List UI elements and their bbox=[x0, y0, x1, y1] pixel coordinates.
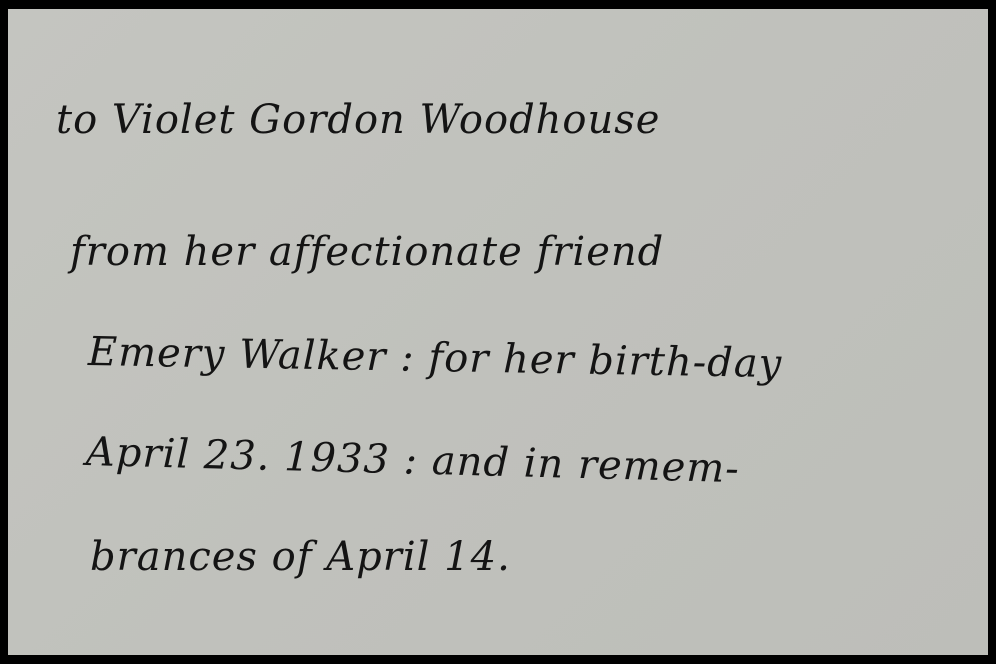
paper-sheet: to Violet Gordon Woodhouse from her affe… bbox=[8, 9, 988, 655]
inscription-line-3: Emery Walker : for her birth-day bbox=[88, 329, 783, 387]
inscription-line-1: to Violet Gordon Woodhouse bbox=[56, 97, 660, 143]
inscription-line-4: April 23. 1933 : and in remem- bbox=[85, 429, 740, 492]
inscription-line-5: brances of April 14. bbox=[90, 534, 511, 580]
inscription-line-2: from her affectionate friend bbox=[70, 229, 664, 275]
